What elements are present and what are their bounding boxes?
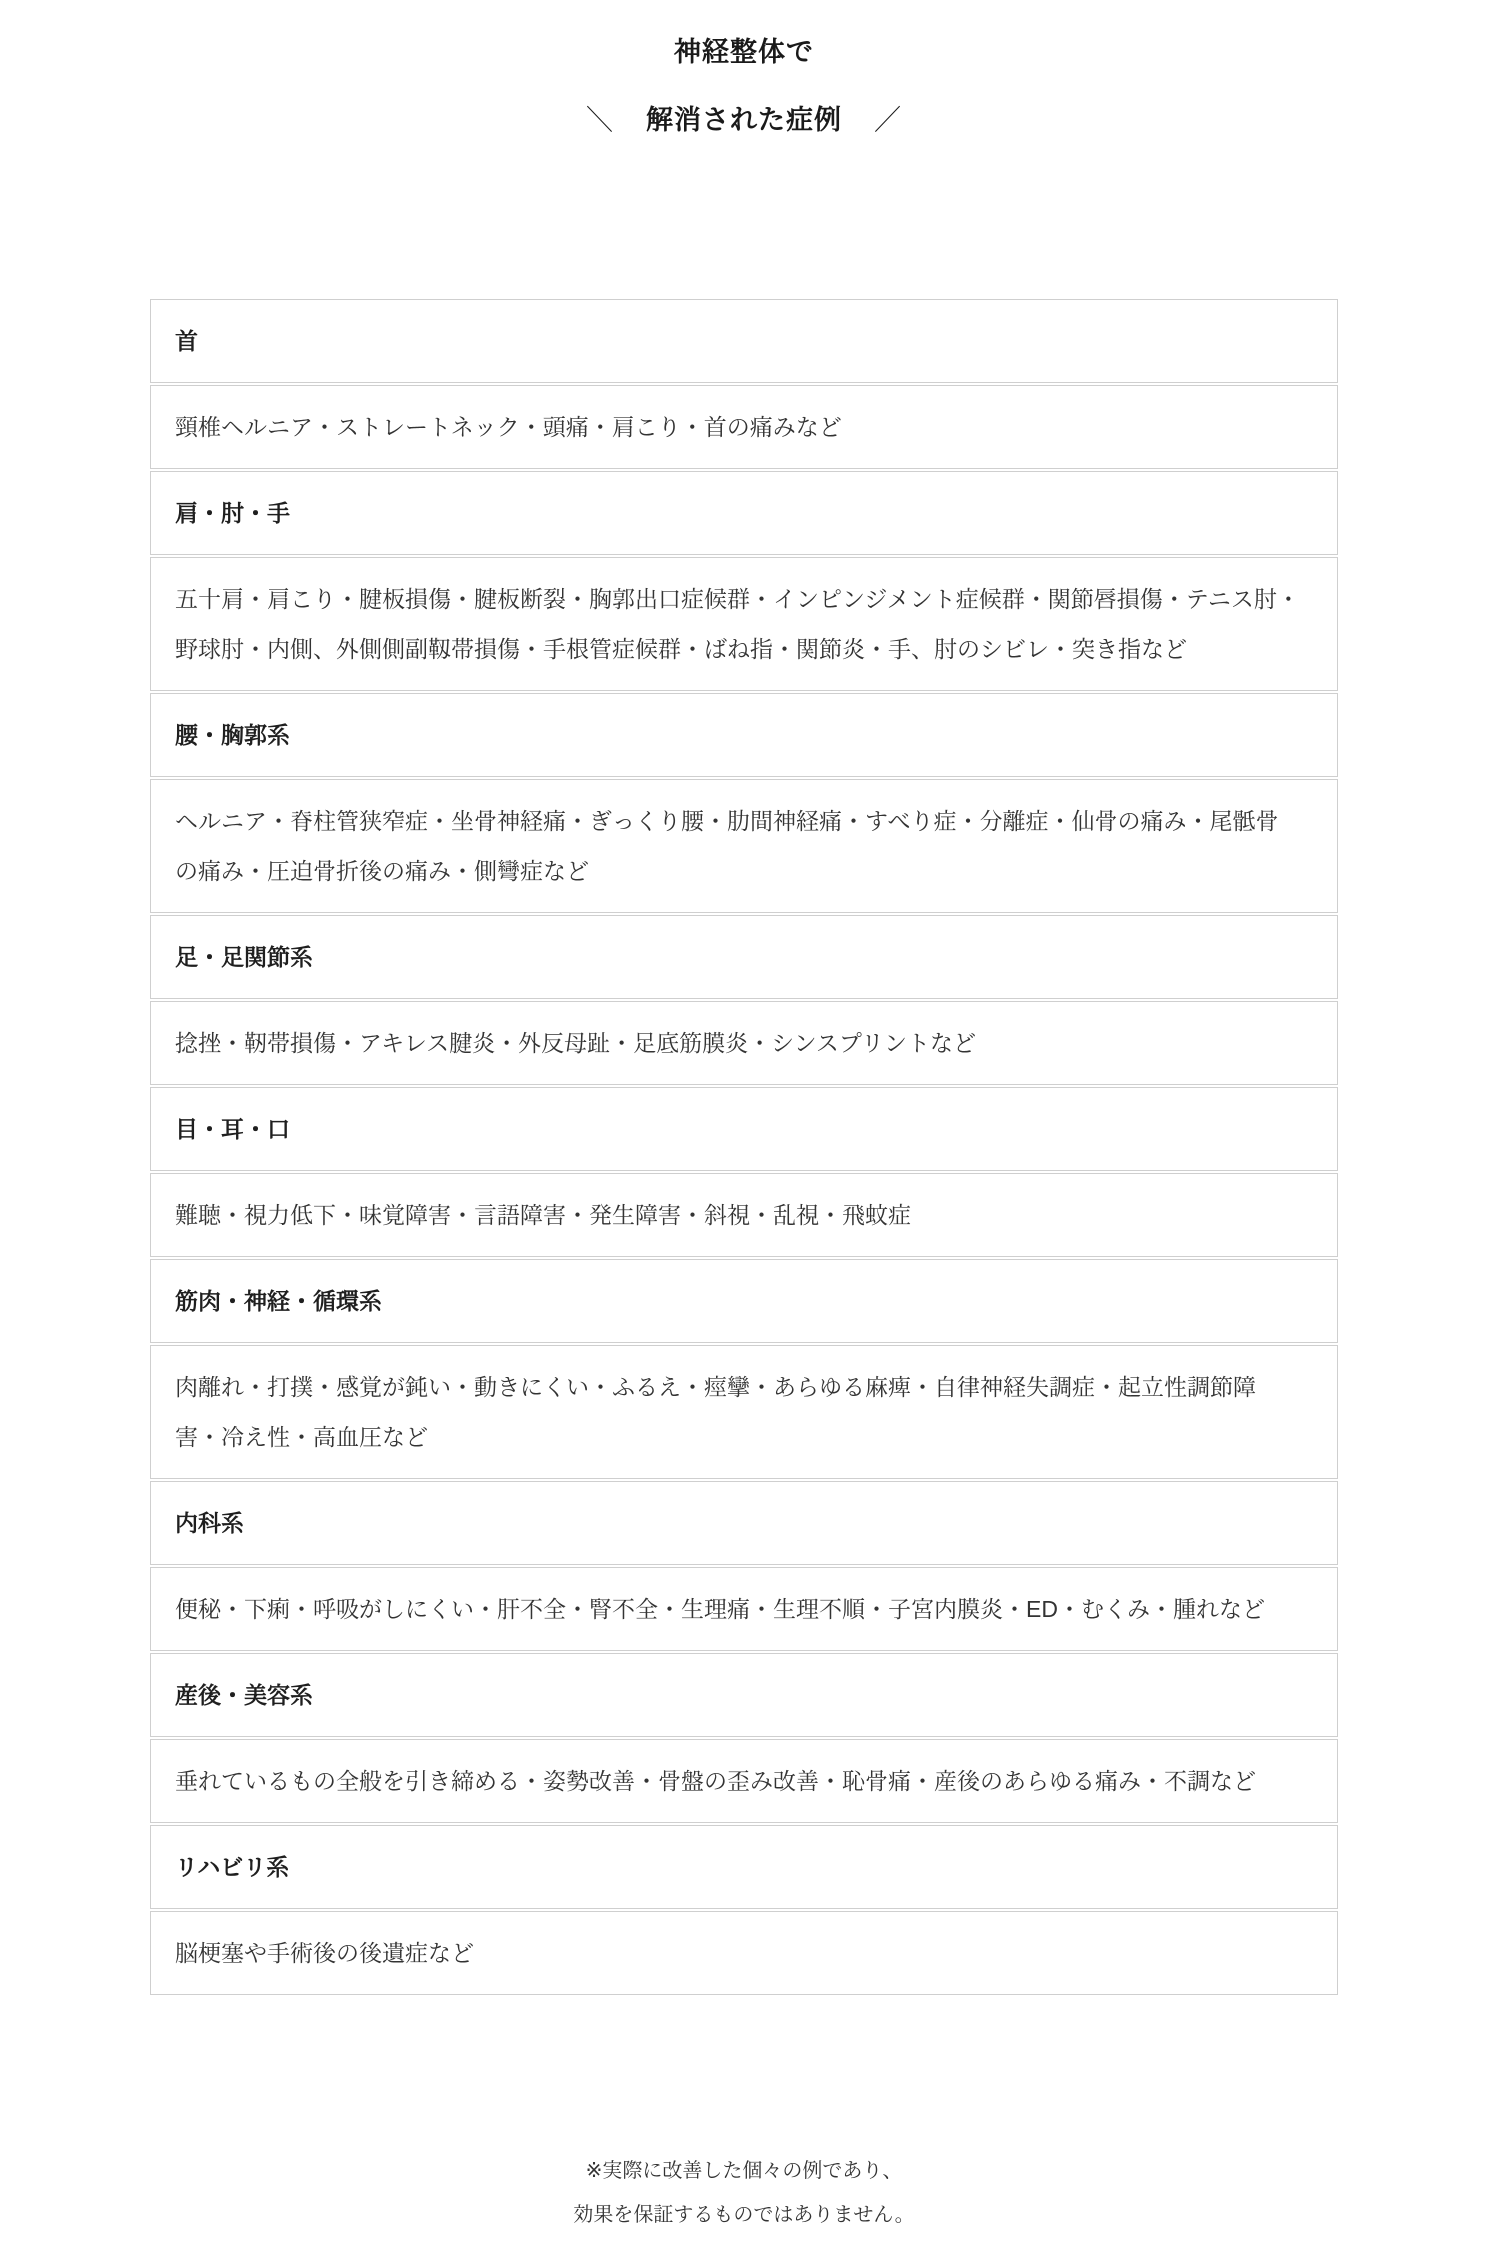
page-title: 神経整体で [0, 36, 1488, 70]
category-cell: 産後・美容系 [150, 1653, 1338, 1737]
category-row: 内科系 [150, 1481, 1338, 1565]
category-cell: 足・足関節系 [150, 915, 1338, 999]
category-row: 目・耳・口 [150, 1087, 1338, 1171]
symptoms-cell: 便秘・下痢・呼吸がしにくい・肝不全・腎不全・生理痛・生理不順・子宮内膜炎・ED・… [150, 1567, 1338, 1651]
symptoms-row: 脳梗塞や手術後の後遺症など [150, 1911, 1338, 1995]
page: 神経整体で ＼ 解消された症例 ／ 首頸椎ヘルニア・ストレートネック・頭痛・肩こ… [0, 0, 1488, 2266]
symptoms-row: 垂れているもの全般を引き締める・姿勢改善・骨盤の歪み改善・恥骨痛・産後のあらゆる… [150, 1739, 1338, 1823]
symptoms-cell: 五十肩・肩こり・腱板損傷・腱板断裂・胸郭出口症候群・インピンジメント症候群・関節… [150, 557, 1338, 691]
heading-block: 神経整体で ＼ 解消された症例 ／ [0, 0, 1488, 137]
symptoms-table-wrapper: 首頸椎ヘルニア・ストレートネック・頭痛・肩こり・首の痛みなど肩・肘・手五十肩・肩… [148, 297, 1340, 1997]
category-cell: リハビリ系 [150, 1825, 1338, 1909]
category-cell: 筋肉・神経・循環系 [150, 1259, 1338, 1343]
category-row: 首 [150, 299, 1338, 383]
category-cell: 首 [150, 299, 1338, 383]
symptoms-row: 難聴・視力低下・味覚障害・言語障害・発生障害・斜視・乱視・飛蚊症 [150, 1173, 1338, 1257]
symptoms-cell: 垂れているもの全般を引き締める・姿勢改善・骨盤の歪み改善・恥骨痛・産後のあらゆる… [150, 1739, 1338, 1823]
symptoms-cell: ヘルニア・脊柱管狭窄症・坐骨神経痛・ぎっくり腰・肋間神経痛・すべり症・分離症・仙… [150, 779, 1338, 913]
category-cell: 目・耳・口 [150, 1087, 1338, 1171]
category-row: 肩・肘・手 [150, 471, 1338, 555]
category-row: 足・足関節系 [150, 915, 1338, 999]
symptoms-row: 頸椎ヘルニア・ストレートネック・頭痛・肩こり・首の痛みなど [150, 385, 1338, 469]
category-row: 腰・胸郭系 [150, 693, 1338, 777]
symptoms-cell: 頸椎ヘルニア・ストレートネック・頭痛・肩こり・首の痛みなど [150, 385, 1338, 469]
disclaimer: ※実際に改善した個々の例であり、 効果を保証するものではありません。 [0, 2149, 1488, 2237]
category-cell: 肩・肘・手 [150, 471, 1338, 555]
slash-decor: ／ [874, 97, 902, 138]
catchphrase-text: 解消された症例 [646, 98, 842, 137]
symptoms-table-body: 首頸椎ヘルニア・ストレートネック・頭痛・肩こり・首の痛みなど肩・肘・手五十肩・肩… [150, 299, 1338, 1995]
category-cell: 内科系 [150, 1481, 1338, 1565]
category-row: リハビリ系 [150, 1825, 1338, 1909]
symptoms-cell: 捻挫・靭帯損傷・アキレス腱炎・外反母趾・足底筋膜炎・シンスプリントなど [150, 1001, 1338, 1085]
symptoms-row: 肉離れ・打撲・感覚が鈍い・動きにくい・ふるえ・痙攣・あらゆる麻痺・自律神経失調症… [150, 1345, 1338, 1479]
symptoms-row: 便秘・下痢・呼吸がしにくい・肝不全・腎不全・生理痛・生理不順・子宮内膜炎・ED・… [150, 1567, 1338, 1651]
symptoms-table: 首頸椎ヘルニア・ストレートネック・頭痛・肩こり・首の痛みなど肩・肘・手五十肩・肩… [148, 297, 1340, 1997]
category-row: 筋肉・神経・循環系 [150, 1259, 1338, 1343]
disclaimer-line-2: 効果を保証するものではありません。 [573, 2204, 914, 2226]
symptoms-cell: 難聴・視力低下・味覚障害・言語障害・発生障害・斜視・乱視・飛蚊症 [150, 1173, 1338, 1257]
category-cell: 腰・胸郭系 [150, 693, 1338, 777]
disclaimer-line-1: ※実際に改善した個々の例であり、 [586, 2160, 903, 2182]
catchphrase: ＼ 解消された症例 ／ [0, 98, 1488, 137]
symptoms-cell: 脳梗塞や手術後の後遺症など [150, 1911, 1338, 1995]
symptoms-cell: 肉離れ・打撲・感覚が鈍い・動きにくい・ふるえ・痙攣・あらゆる麻痺・自律神経失調症… [150, 1345, 1338, 1479]
symptoms-row: 捻挫・靭帯損傷・アキレス腱炎・外反母趾・足底筋膜炎・シンスプリントなど [150, 1001, 1338, 1085]
category-row: 産後・美容系 [150, 1653, 1338, 1737]
symptoms-row: 五十肩・肩こり・腱板損傷・腱板断裂・胸郭出口症候群・インピンジメント症候群・関節… [150, 557, 1338, 691]
backslash-decor: ＼ [586, 97, 614, 138]
symptoms-row: ヘルニア・脊柱管狭窄症・坐骨神経痛・ぎっくり腰・肋間神経痛・すべり症・分離症・仙… [150, 779, 1338, 913]
